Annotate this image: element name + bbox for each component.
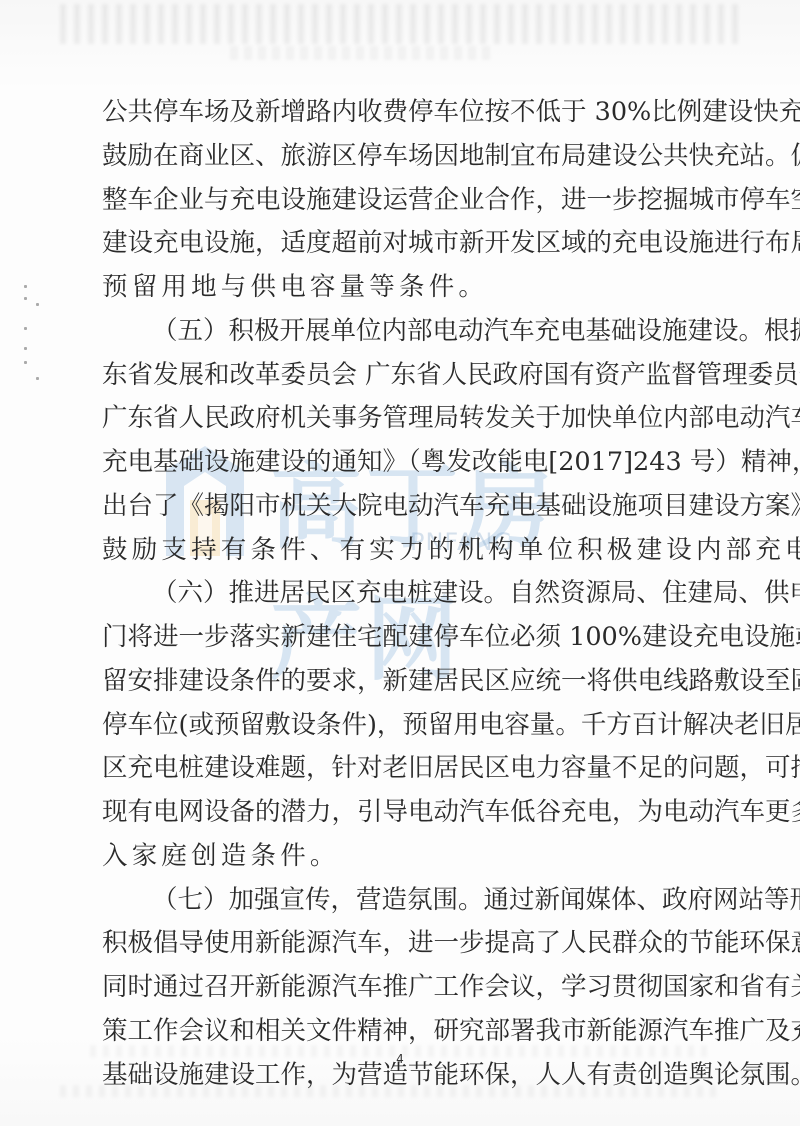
text-line: 鼓励在商业区、旅游区停车场因地制宜布局建设公共快充站。促进 bbox=[102, 135, 708, 179]
text-line: 积极倡导使用新能源汽车，进一步提高了人民群众的节能环保意识。 bbox=[102, 922, 708, 966]
document-page: 高丁房产网 PNFANG 公共停车场及新增路内收费停车位按不低于 30%比例建设… bbox=[0, 0, 800, 1126]
margin-binding-marks bbox=[20, 285, 40, 385]
text-line: 入家庭创造条件。 bbox=[102, 835, 708, 879]
text-line: 策工作会议和相关文件精神，研究部署我市新能源汽车推广及充电 bbox=[102, 1010, 708, 1054]
page-number: 4 bbox=[0, 1052, 800, 1066]
text-line: 出台了《揭阳市机关大院电动汽车充电基础设施项目建设方案》， bbox=[102, 485, 708, 529]
text-line: 广东省人民政府机关事务管理局转发关于加快单位内部电动汽车 bbox=[102, 397, 708, 441]
section-heading-line: （五）积极开展单位内部电动汽车充电基础设施建设。根据《广 bbox=[102, 310, 708, 354]
text-line: 现有电网设备的潜力，引导电动汽车低谷充电，为电动汽车更多进 bbox=[102, 791, 708, 835]
text-line: 预留用地与供电容量等条件。 bbox=[102, 266, 708, 310]
text-line: 东省发展和改革委员会 广东省人民政府国有资产监督管理委员会 bbox=[102, 354, 708, 398]
bleed-through-header bbox=[60, 4, 740, 44]
text-line: 同时通过召开新能源汽车推广工作会议，学习贯彻国家和省有关政 bbox=[102, 966, 708, 1010]
body-text: 公共停车场及新增路内收费停车位按不低于 30%比例建设快充桩， 鼓励在商业区、旅… bbox=[102, 91, 708, 1097]
text-line: 区充电桩建设难题，针对老旧居民区电力容量不足的问题，可挖掘 bbox=[102, 747, 708, 791]
text-line: 门将进一步落实新建住宅配建停车位必须 100%建设充电设施或预 bbox=[102, 616, 708, 660]
bleed-through-header-2 bbox=[230, 46, 490, 60]
text-line: 鼓励支持有条件、有实力的机构单位积极建设内部充电桩。 bbox=[102, 529, 708, 573]
text-line: 建设充电设施，适度超前对城市新开发区域的充电设施进行布局， bbox=[102, 222, 708, 266]
text-line: 整车企业与充电设施建设运营企业合作，进一步挖掘城市停车空间 bbox=[102, 179, 708, 223]
section-heading-line: （六）推进居民区充电桩建设。自然资源局、住建局、供电部 bbox=[102, 572, 708, 616]
section-heading-line: （七）加强宣传，营造氛围。通过新闻媒体、政府网站等形式， bbox=[102, 879, 708, 923]
text-line: 停车位(或预留敷设条件)，预留用电容量。千方百计解决老旧居民 bbox=[102, 704, 708, 748]
text-line: 充电基础设施建设的通知》（粤发改能电[2017]243 号）精神，我市 bbox=[102, 441, 708, 485]
text-line: 公共停车场及新增路内收费停车位按不低于 30%比例建设快充桩， bbox=[102, 91, 708, 135]
text-line: 留安排建设条件的要求，新建居民区应统一将供电线路敷设至固定 bbox=[102, 660, 708, 704]
